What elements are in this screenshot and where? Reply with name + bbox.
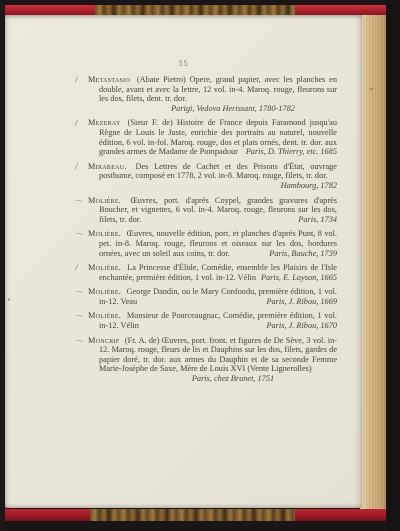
entry-paragraph: Mezeray (Sieur F. de) Histoire de France… — [88, 118, 337, 156]
entry-imprint: Paris, J. Ribou, 1670 — [269, 321, 337, 331]
backdrop-right-strip — [386, 0, 400, 531]
handwritten-margin-mark: / — [74, 75, 78, 85]
entry-imprint: Parigi, Vedova Herissant, 1780-1782 — [99, 104, 337, 114]
book-cover-bottom-edge — [0, 509, 400, 521]
entry-author: Molière. — [88, 229, 121, 238]
entry-paragraph: Mirabeau. Des Lettres de Cachet et des P… — [88, 162, 337, 191]
entry-author: Metastasio — [88, 75, 130, 84]
entry-paragraph: Molière. George Dandin, ou le Mary Confo… — [88, 287, 337, 306]
handwritten-margin-mark: — — [74, 335, 83, 346]
entry-author: Molière. — [88, 287, 121, 296]
gilt-page-edge-bottom — [90, 509, 295, 521]
handwritten-margin-mark: / — [74, 162, 78, 172]
catalog-entry: — Moncrif (Fr. A. de) Œuvres, port. fron… — [88, 336, 337, 384]
entry-author: Mirabeau. — [88, 162, 127, 171]
entry-body-text: (Fr. A. de) Œuvres, port. front. et figu… — [99, 336, 337, 374]
entry-body-text: Des Lettres de Cachet et des Prisons d'É… — [99, 162, 337, 181]
entry-imprint: Paris, chez Brunet, 1751 — [99, 374, 337, 384]
entry-paragraph: Molière. La Princesse d'Élide, Comédie, … — [88, 263, 337, 282]
handwritten-margin-mark: / — [74, 263, 78, 273]
entry-imprint: Paris, Bauche, 1739 — [272, 249, 337, 259]
catalog-entries: / Metastasio (Abate Pietro) Opere, grand… — [88, 75, 337, 384]
entry-imprint: Paris, 1734 — [301, 215, 337, 225]
entry-paragraph: Molière. Œuvres, port. d'après Coypel, g… — [88, 196, 337, 225]
entry-author: Molière. — [88, 263, 121, 272]
catalog-entry: / Molière. La Princesse d'Élide, Comédie… — [88, 263, 337, 282]
dust-speck — [370, 88, 373, 90]
entry-paragraph: Molière. Monsieur de Pourceaugnac, Coméd… — [88, 311, 337, 330]
catalog-entry: — Molière. Œuvres, nouvelle édition, por… — [88, 229, 337, 258]
catalog-entry: / Metastasio (Abate Pietro) Opere, grand… — [88, 75, 337, 113]
page-number: 55 — [5, 59, 362, 68]
entry-imprint: Paris, J. Ribou, 1669 — [269, 297, 337, 307]
entry-author: Mezeray — [88, 118, 121, 127]
handwritten-margin-mark: — — [74, 229, 83, 240]
dust-speck — [8, 298, 10, 301]
handwritten-margin-mark: / — [74, 118, 78, 128]
entry-imprint: Paris, D. Thierry, etc. 1685 — [249, 147, 337, 157]
handwritten-margin-mark: — — [74, 287, 83, 298]
entry-imprint: Paris, E. Loyson, 1665 — [264, 273, 337, 283]
handwritten-margin-mark: — — [74, 195, 83, 206]
handwritten-margin-mark: — — [74, 311, 83, 322]
entry-paragraph: Moncrif (Fr. A. de) Œuvres, port. front.… — [88, 336, 337, 384]
catalog-entry: / Mirabeau. Des Lettres de Cachet et des… — [88, 162, 337, 191]
entry-author: Molière. — [88, 311, 121, 320]
entry-imprint: Hambourg, 1782 — [284, 181, 337, 191]
page-block-fore-edge — [360, 15, 386, 509]
entry-paragraph: Metastasio (Abate Pietro) Opere, grand p… — [88, 75, 337, 113]
catalog-entry: — Molière. George Dandin, ou le Mary Con… — [88, 287, 337, 306]
entry-author: Molière. — [88, 196, 121, 205]
catalog-entry: / Mezeray (Sieur F. de) Histoire de Fran… — [88, 118, 337, 156]
catalog-entry: — Molière. Œuvres, port. d'après Coypel,… — [88, 196, 337, 225]
entry-author: Moncrif — [88, 336, 119, 345]
book-page: 55 / Metastasio (Abate Pietro) Opere, gr… — [5, 15, 362, 508]
catalog-entry: — Molière. Monsieur de Pourceaugnac, Com… — [88, 311, 337, 330]
entry-paragraph: Molière. Œuvres, nouvelle édition, port.… — [88, 229, 337, 258]
entry-body-text: (Abate Pietro) Opere, grand papier, avec… — [99, 75, 337, 103]
